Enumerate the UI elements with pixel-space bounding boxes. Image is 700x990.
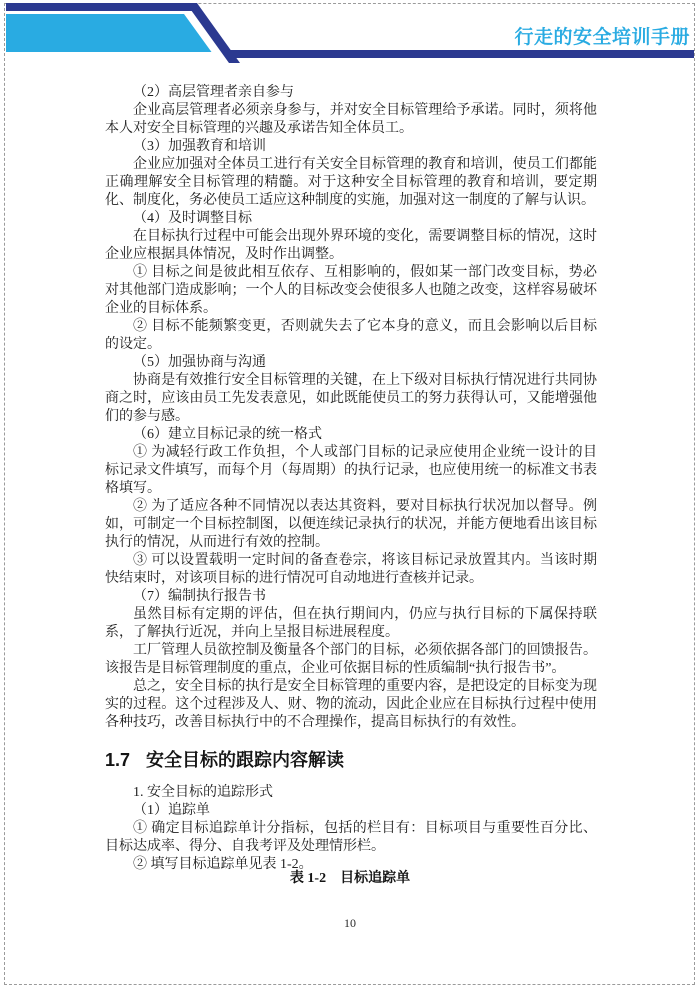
section-number: 1.7 [105,750,130,770]
paragraph: ① 确定目标追踪单计分指标，包括的栏目有：目标项目与重要性百分比、目标达成率、得… [105,820,597,856]
paragraph: 1. 安全目标的追踪形式 [105,784,597,802]
paragraph: ③ 可以设置载明一定时间的备查卷宗，将该目标记录放置其内。当该时期快结束时，对该… [105,552,597,588]
table-caption: 表 1-2 目标追踪单 [0,867,700,887]
paragraph: （3）加强教育和培训 [105,138,597,156]
paragraph: ② 为了适应各种不同情况以表达其资料，要对目标执行状况加以督导。例如，可制定一个… [105,498,597,552]
paragraph: ① 为减轻行政工作负担，个人或部门目标的记录应使用企业统一设计的目标记录文件填写… [105,444,597,498]
header-cyan-ribbon [6,14,212,52]
paragraph: 企业高层管理者必须亲身参与，并对安全目标管理给予承诺。同时，须将他本人对安全目标… [105,102,597,138]
paragraph: ② 目标不能频繁变更，否则就失去了它本身的意义，而且会影响以后目标的设定。 [105,318,597,354]
paragraph: ① 目标之间是彼此相互依存、互相影响的，假如某一部门改变目标，势必对其他部门造成… [105,264,597,318]
page-header: 行走的安全培训手册 [0,0,700,66]
header-navy-bar [228,50,694,58]
paragraph: 企业应加强对全体员工进行有关安全目标管理的教育和培训，使员工们都能正确理解安全目… [105,156,597,210]
paragraph: （1）追踪单 [105,802,597,820]
paragraph: （2）高层管理者亲自参与 [105,84,597,102]
body-content: （2）高层管理者亲自参与 企业高层管理者必须亲身参与，并对安全目标管理给予承诺。… [105,84,597,874]
page-number: 10 [0,916,700,931]
section-title: 安全目标的跟踪内容解读 [146,750,344,770]
paragraph: 在目标执行过程中可能会出现外界环境的变化，需要调整目标的情况，这时企业应根据具体… [105,228,597,264]
paragraph: （5）加强协商与沟通 [105,354,597,372]
paragraph: （7）编制执行报告书 [105,588,597,606]
header-title: 行走的安全培训手册 [514,22,690,49]
paragraph: 工厂管理人员欲控制及衡量各个部门的目标，必须依据各部门的回馈报告。该报告是目标管… [105,642,597,678]
paragraph: 虽然目标有定期的评估，但在执行期间内，仍应与执行目标的下属保持联系，了解执行近况… [105,606,597,642]
paragraph: （4）及时调整目标 [105,210,597,228]
paragraph: 总之，安全目标的执行是安全目标管理的重要内容，是把设定的目标变为现实的过程。这个… [105,678,597,732]
paragraph: 协商是有效推行安全目标管理的关键，在上下级对目标执行情况进行共同协商之时，应该由… [105,372,597,426]
section-heading: 1.7安全目标的跟踪内容解读 [105,748,597,772]
manual-page: 行走的安全培训手册 （2）高层管理者亲自参与 企业高层管理者必须亲身参与，并对安… [0,0,700,990]
paragraph: （6）建立目标记录的统一格式 [105,426,597,444]
